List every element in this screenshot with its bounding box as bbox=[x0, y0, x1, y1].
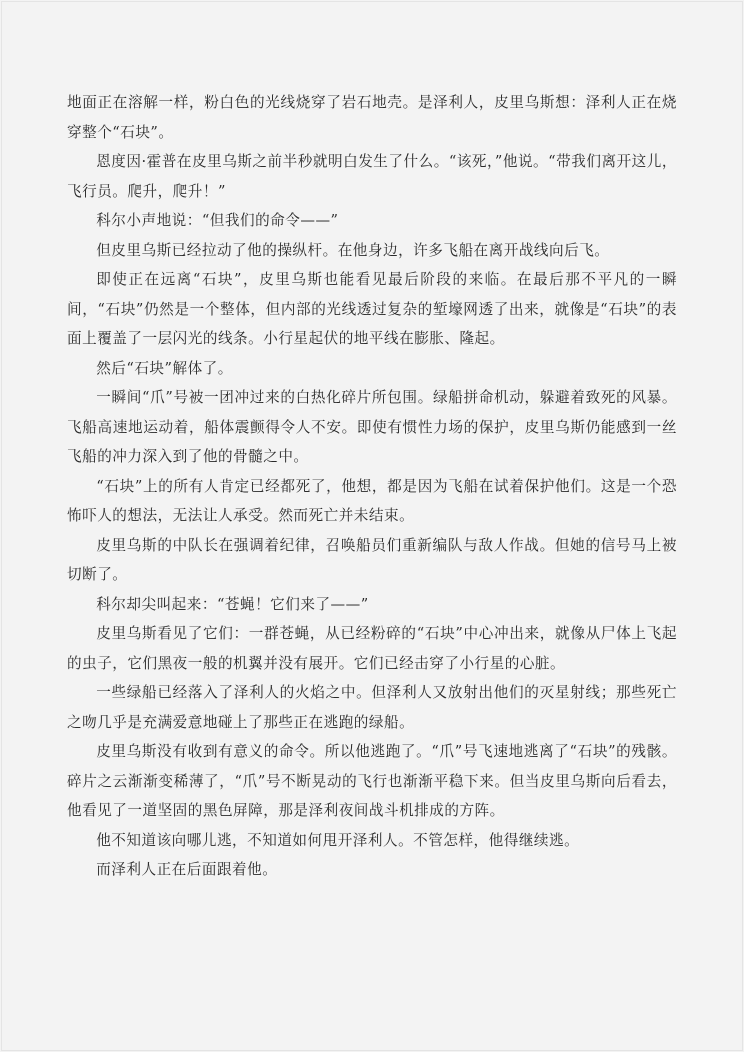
paragraph: 皮里乌斯看见了它们：一群苍蝇，从已经粉碎的“石块”中心冲出来，就像从尸体上飞起的… bbox=[67, 619, 677, 678]
paragraph: 而泽利人正在后面跟着他。 bbox=[67, 855, 677, 885]
paragraph: 皮里乌斯没有收到有意义的命令。所以他逃跑了。“爪”号飞速地逃离了“石块”的残骸。… bbox=[67, 737, 677, 826]
paragraph: 一瞬间“爪”号被一团冲过来的白热化碎片所包围。绿船拼命机动，躲避着致死的风暴。飞… bbox=[67, 383, 677, 472]
paragraph: 即使正在远离“石块”，皮里乌斯也能看见最后阶段的来临。在最后那不平凡的一瞬间，“… bbox=[67, 265, 677, 354]
paragraph: “石块”上的所有人肯定已经都死了，他想，都是因为飞船在试着保护他们。这是一个恐怖… bbox=[67, 472, 677, 531]
paragraph: 恩度因·霍普在皮里乌斯之前半秒就明白发生了什么。“该死，”他说。“带我们离开这儿… bbox=[67, 147, 677, 206]
paragraph: 科尔却尖叫起来：“苍蝇！它们来了——” bbox=[67, 590, 677, 620]
paragraph: 但皮里乌斯已经拉动了他的操纵杆。在他身边，许多飞船在离开战线向后飞。 bbox=[67, 236, 677, 266]
paragraph: 地面正在溶解一样，粉白色的光线烧穿了岩石地壳。是泽利人，皮里乌斯想：泽利人正在烧… bbox=[67, 88, 677, 147]
paragraph: 皮里乌斯的中队长在强调着纪律，召唤船员们重新编队与敌人作战。但她的信号马上被切断… bbox=[67, 531, 677, 590]
paragraph: 一些绿船已经落入了泽利人的火焰之中。但泽利人又放射出他们的灭星射线；那些死亡之吻… bbox=[67, 678, 677, 737]
paragraph: 然后“石块”解体了。 bbox=[67, 354, 677, 384]
document-body: 地面正在溶解一样，粉白色的光线烧穿了岩石地壳。是泽利人，皮里乌斯想：泽利人正在烧… bbox=[67, 88, 677, 885]
paragraph: 科尔小声地说：“但我们的命令——” bbox=[67, 206, 677, 236]
paragraph: 他不知道该向哪儿逃，不知道如何甩开泽利人。不管怎样，他得继续逃。 bbox=[67, 826, 677, 856]
